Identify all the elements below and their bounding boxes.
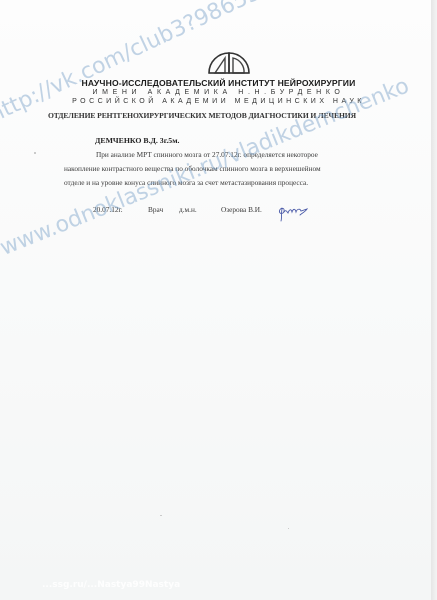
- scan-speck: [160, 515, 162, 516]
- doctor-name: Озерова В.И.: [221, 205, 262, 214]
- doctor-role: Врач: [148, 205, 163, 214]
- institute-logo-icon: [207, 52, 251, 74]
- scanned-document-page: НАУЧНО-ИССЛЕДОВАТЕЛЬСКИЙ ИНСТИТУТ НЕЙРОХ…: [0, 0, 437, 600]
- watermark-bottom: ...ssg.ru/...Nastya99Nastya: [42, 580, 180, 590]
- patient-name: ДЕМЧЕНКО В.Д. 3г.5м.: [95, 136, 179, 145]
- report-line-1: При анализе МРТ спинного мозга от 27.07.…: [64, 148, 399, 162]
- report-line-2: накопление контрастного вещества по обол…: [64, 162, 399, 176]
- institute-subtitle-line2: РОССИЙСКОЙ АКАДЕМИИ МЕДИЦИНСКИХ НАУК: [0, 98, 437, 105]
- doctor-degree: д.м.н.: [179, 205, 197, 214]
- report-date: 20.07.12г.: [93, 205, 123, 214]
- handwritten-signature-icon: [276, 200, 310, 222]
- institute-subtitle-line1: ИМЕНИ АКАДЕМИКА Н.Н.БУРДЕНКО: [0, 89, 437, 96]
- scan-speck: [288, 528, 289, 529]
- scan-speck: [34, 152, 36, 154]
- institute-title: НАУЧНО-ИССЛЕДОВАТЕЛЬСКИЙ ИНСТИТУТ НЕЙРОХ…: [0, 78, 437, 88]
- report-body: При анализе МРТ спинного мозга от 27.07.…: [64, 148, 399, 189]
- department-heading: ОТДЕЛЕНИЕ РЕНТГЕНОХИРУРГИЧЕСКИХ МЕТОДОВ …: [48, 111, 418, 120]
- report-line-3: отделе и на уровне конуса спинного мозга…: [64, 176, 399, 190]
